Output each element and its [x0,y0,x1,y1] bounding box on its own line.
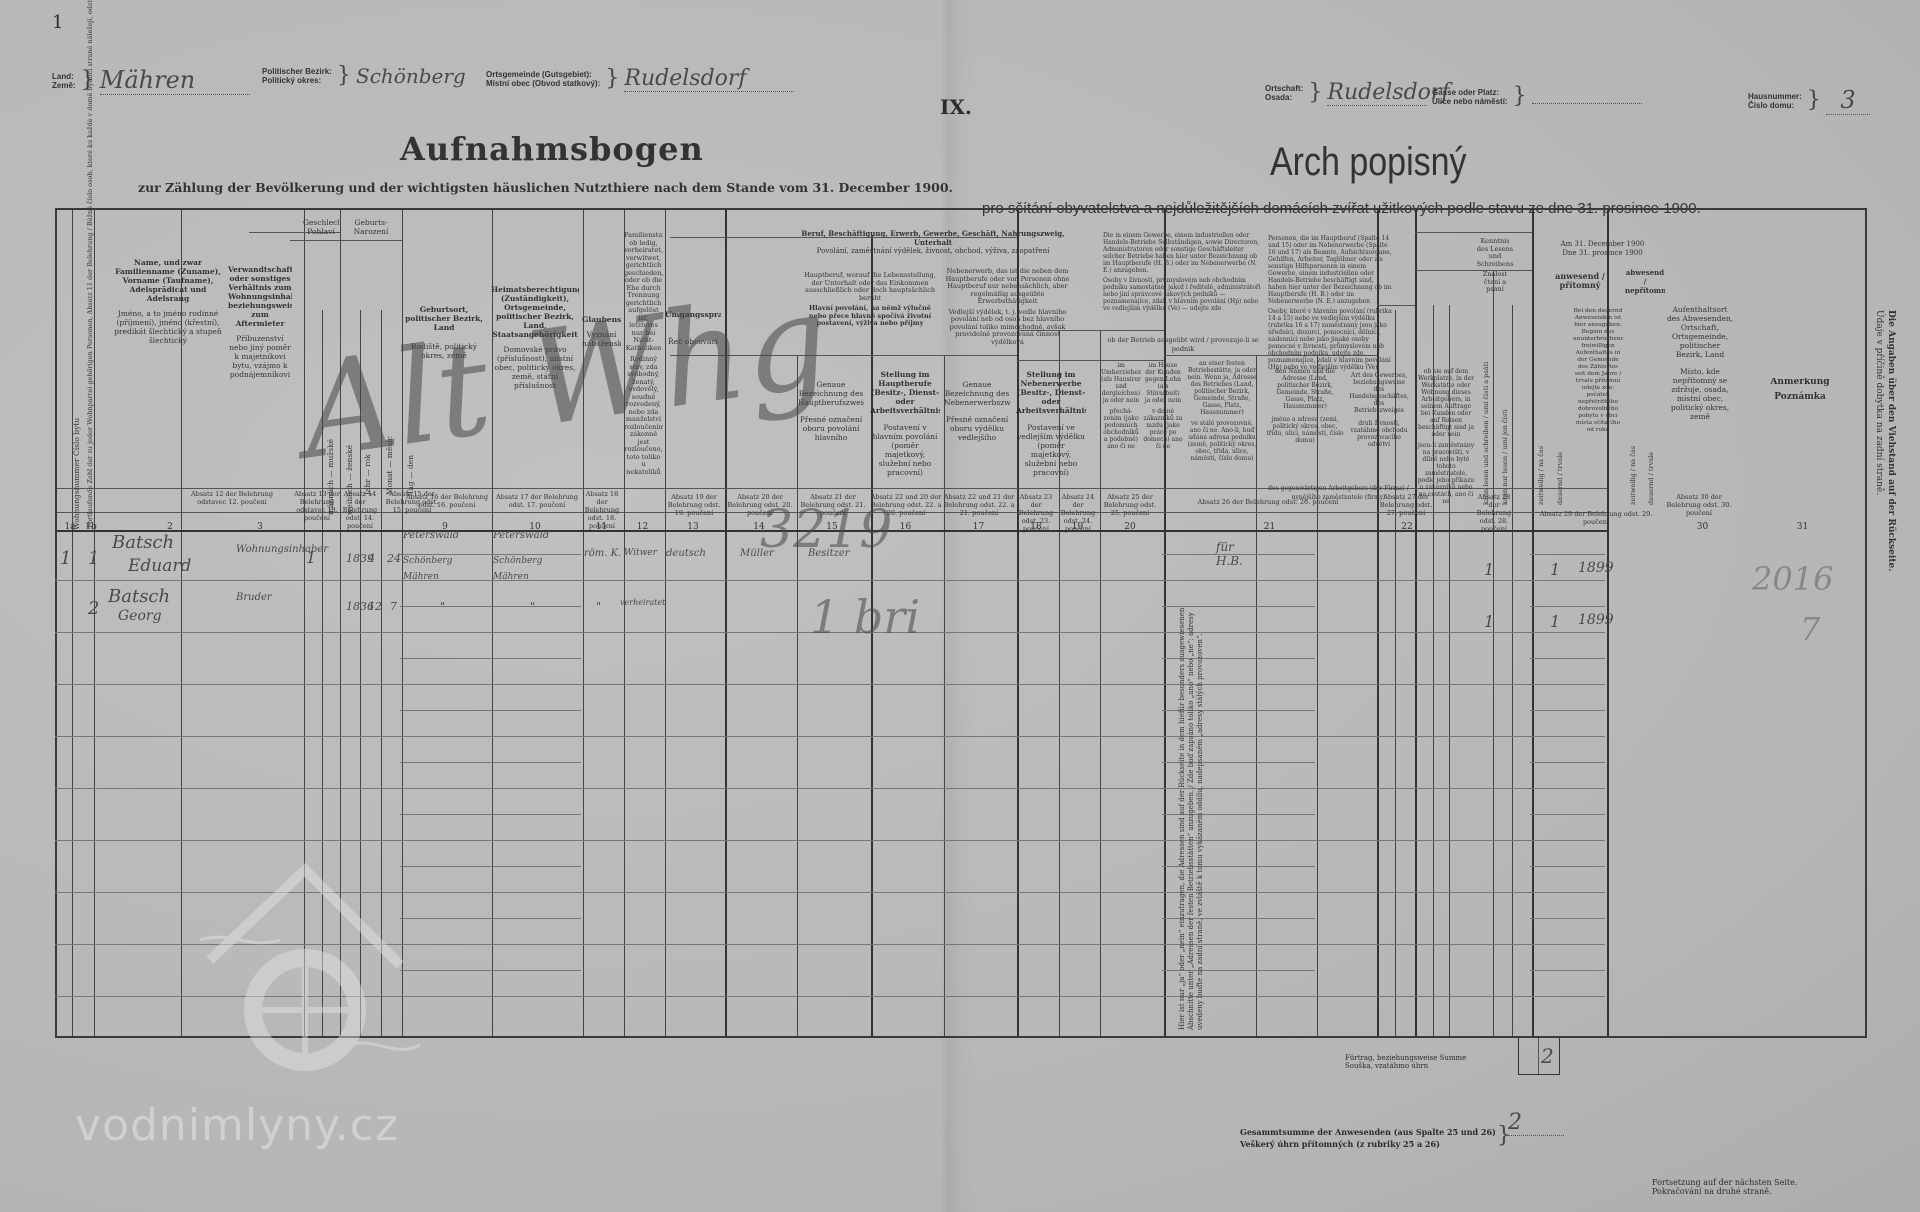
field-land: Land: Země: } Mähren [52,66,250,95]
col-19-header-cz: v domě zákazníků za mzdu (jako práce po … [1143,408,1183,450]
col-4-5-ref: Absatz 14 der Belehrung odst. 14. poučen… [340,490,380,530]
census-sheet: 1 Land: Země: } Mähren Politischer Bezir… [0,0,1920,1212]
row-2-birthplace: " [440,600,445,613]
watermark-text: vodnimlyny.cz [75,1100,399,1151]
col-21b-header-cz: druh živnosti, vzatáhmo obchodu provozov… [1348,420,1410,448]
col-16-header-de: Genaue Bezeichnung des Nebenerwerbszweig… [944,380,1010,407]
field-ortsgemeinde: Ortsgemeinde (Gutsgebiet): Místní obec (… [486,66,794,92]
fuertrag-label: Fürtrag, beziehungsweise Summe Souška, v… [1345,1054,1466,1070]
col-9-ref: Absatz 16 der Belehrung odst. 16. poučen… [402,493,492,509]
sheet-number: IX. [940,95,972,119]
field-ortsgemeinde-label-cz: Místní obec (Obvod statkový): [486,79,600,88]
col-30-ref: Absatz 30 der Belehrung odst. 30. poučen… [1666,493,1732,517]
arbeiter-group-header-cz: Osoby, které v hlavním povolání (rubrika… [1268,308,1393,371]
col-18-header-de: im Umherziehen (als Hausirer und derglei… [1101,362,1141,404]
col-20-ref: Absatz 25 der Belehrung odst. 25. poučen… [1099,493,1161,517]
arbeiter-group-header: Personen, die im Hauptberuf (Spalte 14 u… [1268,235,1393,371]
field-ortsgemeinde-value: Rudelsdorf [624,66,794,92]
fortsetzung-note: Fortsetzung auf der nächsten Seite. Pokr… [1652,1178,1797,1196]
fuertrag-value: 2 [1541,1044,1554,1068]
anwesend-header: anwesend / přítomný [1535,272,1625,290]
row-1-birthplace-1: Peterswald [403,530,459,541]
col-3-header-de: Verwandtschaft oder sonstiges Verhältnis… [228,265,292,328]
col-30-header-de: Aufenthaltsort des Abwesenden, Ortschaft… [1666,305,1734,359]
col-15-header: Stellung im Hauptberufe (Besitz-, Dienst… [870,370,940,477]
gewerbe-group-header-de: Die in einem Gewerbe, einem industrielle… [1103,232,1263,274]
row-2-c1b: 2 [88,598,99,619]
col-30-header-cz: Místo, kde nepřítomný se zdržuje, osada,… [1666,367,1734,421]
side-note-de: Die Angaben über den Viehstand auf der R… [1886,310,1896,571]
col-2-header-cz: Jméno, a to jméno rodinné (příjmení), jm… [113,309,223,345]
field-ortschaft-label-de: Ortschaft: [1265,84,1303,93]
field-gasse-label-cz: Ulice nebo náměstí: [1432,97,1508,106]
row-1-heimat-2: Schönberg [493,556,542,566]
row-1-heimat-3: Mähren [493,572,529,582]
field-hausnummer: Hausnummer: Číslo domu: } 3 [1748,86,1870,115]
col-31-header-de: Anmerkung [1740,378,1860,387]
row-2-religion: " [596,600,601,613]
col-20-header: an einer festen Betriebsstätte, ja oder … [1186,360,1258,462]
field-bezirk-value: Schönberg [356,64,486,88]
field-ortsgemeinde-label-de: Ortsgemeinde (Gutsgebiet): [486,70,600,79]
col-4-5-group-header: Geschlecht Pohlaví [303,218,339,236]
row-1-c20: für H.B. [1216,540,1256,568]
arbeiter-group-header-de: Personen, die im Hauptberuf (Spalte 14 u… [1268,235,1393,305]
col-20-header-cz: ve stálé provozovně, ano či ne. Ano-li, … [1186,420,1258,462]
fuertrag-label-cz: Souška, vzatáhmo úhrn [1345,1062,1466,1070]
col-14-header-cz: Přesné označení oboru povolání hlavního [798,415,864,442]
col-1a-header: Wohnungsnummer Číslo bytu [72,440,81,530]
pencil-annotation-col31-row1: 2016 [1752,560,1833,598]
col-25-header: zeitweilig / na čas [1537,455,1546,505]
gewerbe-group-header-cz: Osoby v živnosti, průmyslovém neb obchod… [1103,277,1263,312]
row-1-birthplace-2: Schönberg [403,556,452,566]
gesamtsumme-label-de: Gesammtsumme der Anwesenden (aus Spalte … [1240,1126,1496,1138]
row-1-birthplace-3: Mähren [403,572,439,582]
col-22-header: ob sie auf dem Werkplatze, in der Werkst… [1416,368,1476,505]
col-21b-header: Art des Gewerbes, beziehungsweise des Ha… [1348,372,1410,448]
field-bezirk-label-de: Politischer Bezirk: [262,67,332,76]
col-25-29-date-cz: Dne 31. prosince 1900 [1535,249,1670,258]
field-gasse: Gasse oder Platz: Ulice nebo náměstí: } [1432,86,1642,107]
field-land-value: Mähren [100,66,250,95]
col-22-ref: Absatz 27 der Belehrung odst. 27. poučen… [1376,493,1436,517]
gewerbe-sub-header: ob der Betrieb ausgeübt wird / provozuje… [1103,336,1263,354]
col-21a-header-de: den Namen und die Adresse (Land, politis… [1266,368,1344,410]
field-hausnummer-label-cz: Číslo domu: [1748,101,1802,110]
pencil-annotation-col14-top: 3219 [760,500,892,560]
col-31-header-cz: Poznámka [1740,393,1860,402]
row-2-c26: 1 [1550,612,1560,631]
field-bezirk-label-cz: Politický okres: [262,76,332,85]
subtitle-german: zur Zählung der Bevölkerung und der wich… [138,180,953,195]
col-2-ref: Absatz 12 der Belehrung odstavec 12. pou… [180,490,284,506]
field-gasse-value [1532,89,1642,104]
field-ortschaft: Ortschaft: Osada: } Rudelsdorf [1265,80,1427,106]
col-16-header-cz: Přesné označení oboru výdělku vedlejšího [944,415,1010,442]
row-1-heimat-1: Peterswald [493,530,549,541]
nebenerwerb-header-de: Nebenerwerb, das ist die neben dem Haupt… [945,268,1070,306]
row-1-c23: 1 [1484,560,1494,579]
col-23-24-group-header-cz: Znalost čtení a psaní [1476,271,1514,294]
field-gasse-label-de: Gasse oder Platz: [1432,88,1508,97]
fuertrag-box: 2 [1518,1038,1560,1075]
fortsetzung-note-de: Fortsetzung auf der nächsten Seite. [1652,1178,1797,1187]
col-21-ref: Absatz 26 der Belehrung odst. 26. poučen… [1163,498,1373,506]
pencil-annotation-col31-row2: 7 [1800,610,1820,648]
beruf-group-header-de: Beruf, Beschäftigung, Erwerb, Gewerbe, G… [800,229,1066,247]
col-17-header-cz: Postavení ve vedlejším výdělku (poměr ma… [1016,423,1086,477]
col-15-header-cz: Postavení v hlavním povolání (poměr maje… [870,423,940,477]
gesamtsumme-label-cz: Veškerý úhrn přítomných (z rubriky 25 a … [1240,1138,1496,1150]
title-czech: Arch popisný [1270,140,1467,185]
col-25-29-date-de: Am 31. December 1900 [1535,240,1670,249]
col-3-header: Verwandtschaft oder sonstiges Verhältnis… [228,265,292,379]
col-6-8-group-header: Geburts- Narození [342,218,400,236]
col-17-header: Stellung im Nebenerwerbe (Besitz-, Diens… [1016,370,1086,477]
row-1-surname: Batsch [112,532,174,553]
col-10-ref: Absatz 17 der Belehrung odst. 17. poučen… [492,493,582,509]
col-23-24-ref: Absatz 28 der Belehrung odst. 28. poučen… [1476,493,1512,533]
col-3-header-cz: Příbuzenství nebo jiný poměr k majetníko… [228,334,292,379]
col-2-header-de: Name, und zwar Familienname (Zuname), Vo… [113,258,223,303]
nebenerwerb-header: Nebenerwerb, das ist die neben dem Haupt… [945,268,1070,346]
col-23-24-group-header-de: Kenntnis des Lesens und Schreibens [1476,238,1514,268]
col-20-vertical-note: Hier ist nur „ja“ oder „nein“ einzutrage… [1178,590,1200,1030]
field-bezirk: Politischer Bezirk: Politický okres: } S… [262,64,486,88]
fuertrag-label-de: Fürtrag, beziehungsweise Summe [1345,1054,1466,1062]
field-hausnummer-value: 3 [1826,86,1870,115]
col-25-29-date-header: Am 31. December 1900 Dne 31. prosince 19… [1535,240,1670,258]
row-2-surname: Batsch [108,586,170,607]
row-2-heimat: " [530,600,535,613]
col-18-header: im Umherziehen (als Hausirer und derglei… [1101,362,1141,450]
row-1-c26: 1 [1550,560,1560,579]
col-17-ref: Absatz 22 und 21 der Belehrung odst. 22.… [943,493,1015,517]
row-1-marital: Witwer [624,548,657,558]
col-21a-header: den Namen und die Adresse (Land, politis… [1266,368,1344,444]
col-17-header-de: Stellung im Nebenerwerbe (Besitz-, Diens… [1016,370,1086,415]
side-note-cz: Údaje v příčině dobytka na zadní straně. [1874,310,1884,495]
row-1-c27: 1899 [1578,560,1614,576]
col-15-header-de: Stellung im Hauptberufe (Besitz-, Dienst… [870,370,940,415]
row-2-month: 12 [368,600,382,613]
field-land-label-de: Land: [52,72,76,81]
col-18-header-cz: přechá-zením (jako podomních obchodníků … [1101,408,1141,450]
field-land-label-cz: Země: [52,81,76,90]
pencil-annotation-col14-15: 1 bri [810,590,920,644]
col-21a-header-cz: jméno a adresu (zemi, politický okres, o… [1266,416,1344,444]
gesamtsumme-label: Gesammtsumme der Anwesenden (aus Spalte … [1240,1126,1496,1150]
row-1-month: 4 [368,552,375,565]
row-2-marital: verheiratet [620,598,660,607]
col-22-header-de: ob sie auf dem Werkplatze, in der Werkst… [1416,368,1476,438]
page-number: 1 [52,12,63,33]
col-13-ref: Absatz 19 der Belehrung odst. 19. poučen… [664,493,724,517]
side-note: Die Angaben über den Viehstand auf der R… [1873,310,1913,640]
row-1-given-name: Eduard [128,556,191,576]
col-21b-header-de: Art des Gewerbes, beziehungsweise des Ha… [1348,372,1410,414]
title-german: Aufnahmsbogen [400,130,704,168]
row-1-language: deutsch [666,548,706,559]
col-27-header: Bei den dauernd Anwesenden ist hier anzu… [1573,308,1623,434]
col-16-header: Genaue Bezeichnung des Nebenerwerbszweig… [944,380,1010,442]
col-2-header: Name, und zwar Familienname (Zuname), Vo… [113,258,223,345]
gesamtsumme-value: 2 [1508,1110,1564,1136]
row-1-male: 1 [306,548,316,567]
col-1b-header: Fortlaufende Zahl der zu jeder Wohnparte… [86,228,95,528]
beruf-group-header: Beruf, Beschäftigung, Erwerb, Gewerbe, G… [800,229,1066,256]
row-2-c23: 1 [1484,612,1494,631]
col-23-24-group-header: Kenntnis des Lesens und Schreibens Znalo… [1476,238,1514,294]
row-1-c1a: 1 [60,548,71,569]
col-30-header: Aufenthaltsort des Abwesenden, Ortschaft… [1666,305,1734,421]
col-19-header-de: im Hause der Kunden gegen Lohn (als Stör… [1143,362,1183,404]
col-29-header: dauernd / trvale [1647,460,1656,505]
row-2-day: 7 [390,600,397,613]
watermark-logo-icon [190,850,420,1080]
row-2-given-name: Georg [118,608,162,624]
col-28-header: zeitweilig / na čas [1629,455,1638,505]
row-2-c27: 1899 [1578,612,1614,628]
field-ortschaft-value: Rudelsdorf [1327,80,1427,106]
gewerbe-group-header: Die in einem Gewerbe, einem industrielle… [1103,232,1263,312]
row-1-day: 24 [387,552,401,565]
col-25-29-ref: Absatz 29 der Belehrung odst. 29. poučen… [1532,510,1660,526]
abwesend-header: abwesend / nepřítomný [1625,268,1665,295]
fortsetzung-note-cz: Pokračování na druhé straně. [1652,1187,1797,1196]
col-23-header: kann lesen und schreiben / umí čísti a p… [1482,395,1491,505]
row-1-c1b: 1 [88,548,99,569]
field-ortschaft-label-cz: Osada: [1265,93,1303,102]
col-26-header: dauernd / trvale [1556,460,1565,505]
nebenerwerb-header-cz: Vedlejší výdělek, t. j. vedle hlavního p… [945,309,1070,347]
col-31-header: Anmerkung Poznámka [1740,378,1860,402]
col-19-header: im Hause der Kunden gegen Lohn (als Stör… [1143,362,1183,450]
col-20-header-de: an einer festen Betriebsstätte, ja oder … [1186,360,1258,416]
row-1-religion: röm. K. [584,548,621,559]
field-hausnummer-label-de: Hausnummer: [1748,92,1802,101]
row-2-relation: Bruder [236,592,272,603]
beruf-group-header-cz: Povolání, zaměstnání výdělek, živnost, o… [800,247,1066,256]
